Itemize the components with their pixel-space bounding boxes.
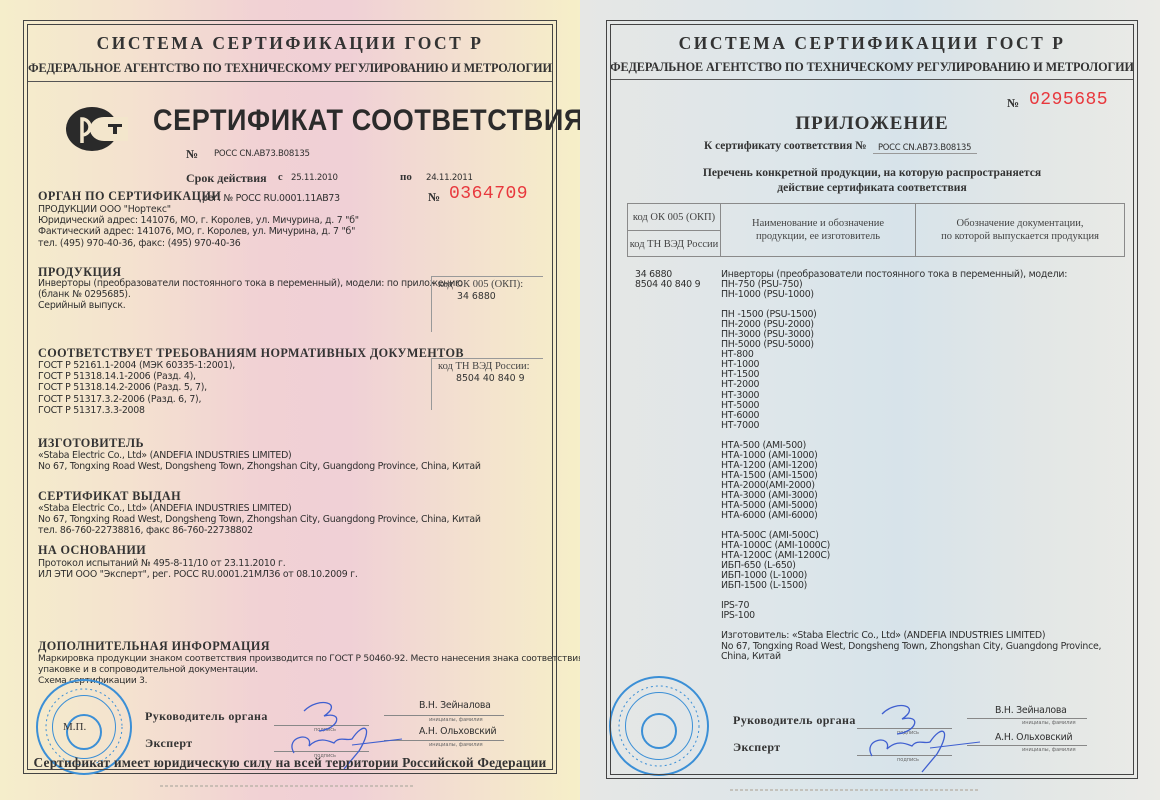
print-imprint <box>160 785 415 787</box>
manufacturer-line: Изготовитель: «Staba Electric Co., Ltd» … <box>721 631 1101 641</box>
appendix-title: ПРИЛОЖЕНИЕ <box>607 113 1137 135</box>
expert-name-caption: инициалы, фамилия <box>429 742 483 748</box>
valid-to-label: по <box>400 171 412 183</box>
col-product-name: Наименование и обозначениепродукции, ее … <box>721 204 916 256</box>
products-details: Инверторы (преобразователи постоянного т… <box>38 278 463 312</box>
appendix-system-title: СИСТЕМА СЕРТИФИКАЦИИ ГОСТ Р <box>607 33 1137 54</box>
header-divider <box>28 81 552 82</box>
model-item: НТ-1000 <box>721 360 1101 370</box>
appendix-product-list: Инверторы (преобразователи постоянного т… <box>721 270 1101 662</box>
okp-code-value: 34 6880 <box>457 291 496 302</box>
cert-body-details: ПРОДУКЦИИ ООО "Нортекс" Юридический адре… <box>38 204 359 249</box>
appendix-expert-name-caption: инициалы, фамилия <box>1022 747 1076 753</box>
appendix-frame: СИСТЕМА СЕРТИФИКАЦИИ ГОСТ Р ФЕДЕРАЛЬНОЕ … <box>606 20 1138 779</box>
manufacturer-heading: ИЗГОТОВИТЕЛЬ <box>38 436 144 451</box>
valid-to-date: 24.11.2011 <box>426 173 473 183</box>
valid-from-label: с <box>278 172 283 183</box>
col-okp-code: код ОК 005 (ОКП) <box>628 204 720 231</box>
okp-code-label: код ОК 005 (ОКП): <box>438 279 523 290</box>
appendix-head-name: В.Н. Зейналова <box>995 705 1067 716</box>
appendix-stamp <box>609 676 709 776</box>
appendix-head-name-caption: инициалы, фамилия <box>1022 720 1076 726</box>
model-item: НТ-800 <box>721 350 1101 360</box>
model-item: ПН-1000 (PSU-1000) <box>721 290 1101 300</box>
expert-name: А.Н. Ольховский <box>419 726 496 737</box>
model-item: ПН-5000 (PSU-5000) <box>721 340 1101 350</box>
rst-mark-icon <box>64 103 128 155</box>
model-item: IPS-100 <box>721 611 1101 621</box>
valid-from-date: 25.11.2010 <box>291 173 338 183</box>
basis-heading: НА ОСНОВАНИИ <box>38 543 146 558</box>
agency-name: ФЕДЕРАЛЬНОЕ АГЕНТСТВО ПО ТЕХНИЧЕСКОМУ РЕ… <box>24 61 556 76</box>
manufacturer-line: China, Китай <box>721 652 1101 662</box>
basis-details: Протокол испытаний № 495-8-11/10 от 23.1… <box>38 558 358 580</box>
manufacturer-details: «Staba Electric Co., Ltd» (ANDEFIA INDUS… <box>38 450 481 472</box>
system-title: СИСТЕМА СЕРТИФИКАЦИИ ГОСТ Р <box>24 33 556 54</box>
validity-label: Срок действия <box>186 171 267 186</box>
appendix-expert-label: Эксперт <box>733 740 781 755</box>
cert-body-reg: рег. № РОСС RU.0001.11AB73 <box>202 193 340 204</box>
head-name-caption: инициалы, фамилия <box>429 717 483 723</box>
norms-heading: СООТВЕТСТВУЕТ ТРЕБОВАНИЯМ НОРМАТИВНЫХ ДО… <box>38 346 464 361</box>
appendix-print-imprint <box>730 789 980 791</box>
col-documentation: Обозначение документации,по которой выпу… <box>916 204 1124 256</box>
appendix-ref-number: РОСС CN.AB73.B08135 <box>878 142 971 152</box>
appendix-agency-name: ФЕДЕРАЛЬНОЕ АГЕНТСТВО ПО ТЕХНИЧЕСКОМУ РЕ… <box>607 60 1137 75</box>
appendix-table-header: код ОК 005 (ОКП) код ТН ВЭД России Наиме… <box>627 203 1125 257</box>
model-item: НТА-6000 (AMI-6000) <box>721 511 1101 521</box>
tnved-code-box: код ТН ВЭД России: 8504 40 840 9 <box>431 358 543 410</box>
appendix-number-label: № <box>1007 96 1019 111</box>
certificate-page: СИСТЕМА СЕРТИФИКАЦИИ ГОСТ Р ФЕДЕРАЛЬНОЕ … <box>0 0 580 800</box>
appendix-expert-name-line <box>967 745 1087 746</box>
tnved-code-label: код ТН ВЭД России: <box>438 361 530 372</box>
cert-body-heading: ОРГАН ПО СЕРТИФИКАЦИИ <box>38 189 221 204</box>
head-name: В.Н. Зейналова <box>419 700 491 711</box>
blank-serial-number: 0364709 <box>449 184 528 204</box>
appendix-page: СИСТЕМА СЕРТИФИКАЦИИ ГОСТ Р ФЕДЕРАЛЬНОЕ … <box>580 0 1160 800</box>
model-item: ИБП-1500 (L-1500) <box>721 581 1101 591</box>
head-of-body-label: Руководитель органа <box>145 709 268 724</box>
issued-to-details: «Staba Electric Co., Ltd» (ANDEFIA INDUS… <box>38 503 481 537</box>
norms-list: ГОСТ Р 52161.1-2004 (МЭК 60335-1:2001), … <box>38 360 235 416</box>
appendix-codes: 34 6880 8504 40 840 9 <box>635 270 700 290</box>
certificate-frame: СИСТЕМА СЕРТИФИКАЦИИ ГОСТ Р ФЕДЕРАЛЬНОЕ … <box>23 20 557 774</box>
appendix-serial-number: 0295685 <box>1029 90 1108 110</box>
model-item: НТ-5000 <box>721 401 1101 411</box>
tnved-code-value: 8504 40 840 9 <box>456 373 525 384</box>
expert-label: Эксперт <box>145 736 193 751</box>
appendix-subtitle-1: Перечень конкретной продукции, на котору… <box>607 166 1137 179</box>
certificate-title: СЕРТИФИКАТ СООТВЕТСТВИЯ <box>153 103 580 137</box>
seal-label: М.П. <box>63 721 86 733</box>
legal-validity-note: Сертификат имеет юридическую силу на все… <box>24 755 556 771</box>
model-item: НТ-1500 <box>721 370 1101 380</box>
appendix-signature-mark <box>852 686 982 776</box>
appendix-header-divider <box>611 79 1133 80</box>
appendix-expert-name: А.Н. Ольховский <box>995 732 1072 743</box>
okp-code-box: код ОК 005 (ОКП): 34 6880 <box>431 276 543 332</box>
appendix-subtitle-2: действие сертификата соответствия <box>607 181 1137 194</box>
model-item: НТ-7000 <box>721 421 1101 431</box>
number-label: № <box>186 147 198 162</box>
model-item: НТ-6000 <box>721 411 1101 421</box>
issued-to-heading: СЕРТИФИКАТ ВЫДАН <box>38 489 181 504</box>
model-item: IPS-70 <box>721 601 1101 611</box>
blank-number-label: № <box>428 190 440 205</box>
col-tnved-code: код ТН ВЭД России <box>628 231 720 258</box>
appendix-head-name-line <box>967 718 1087 719</box>
appendix-head-label: Руководитель органа <box>733 713 856 728</box>
model-item: НТ-3000 <box>721 391 1101 401</box>
appendix-ref-line <box>873 153 977 154</box>
additional-info-heading: ДОПОЛНИТЕЛЬНАЯ ИНФОРМАЦИЯ <box>38 639 270 654</box>
certificate-number: РОСС CN.AB73.B08135 <box>214 149 310 159</box>
tnved-code: 8504 40 840 9 <box>635 280 700 290</box>
appendix-ref-label: К сертификату соответствия № <box>704 140 867 152</box>
model-item: НТ-2000 <box>721 380 1101 390</box>
